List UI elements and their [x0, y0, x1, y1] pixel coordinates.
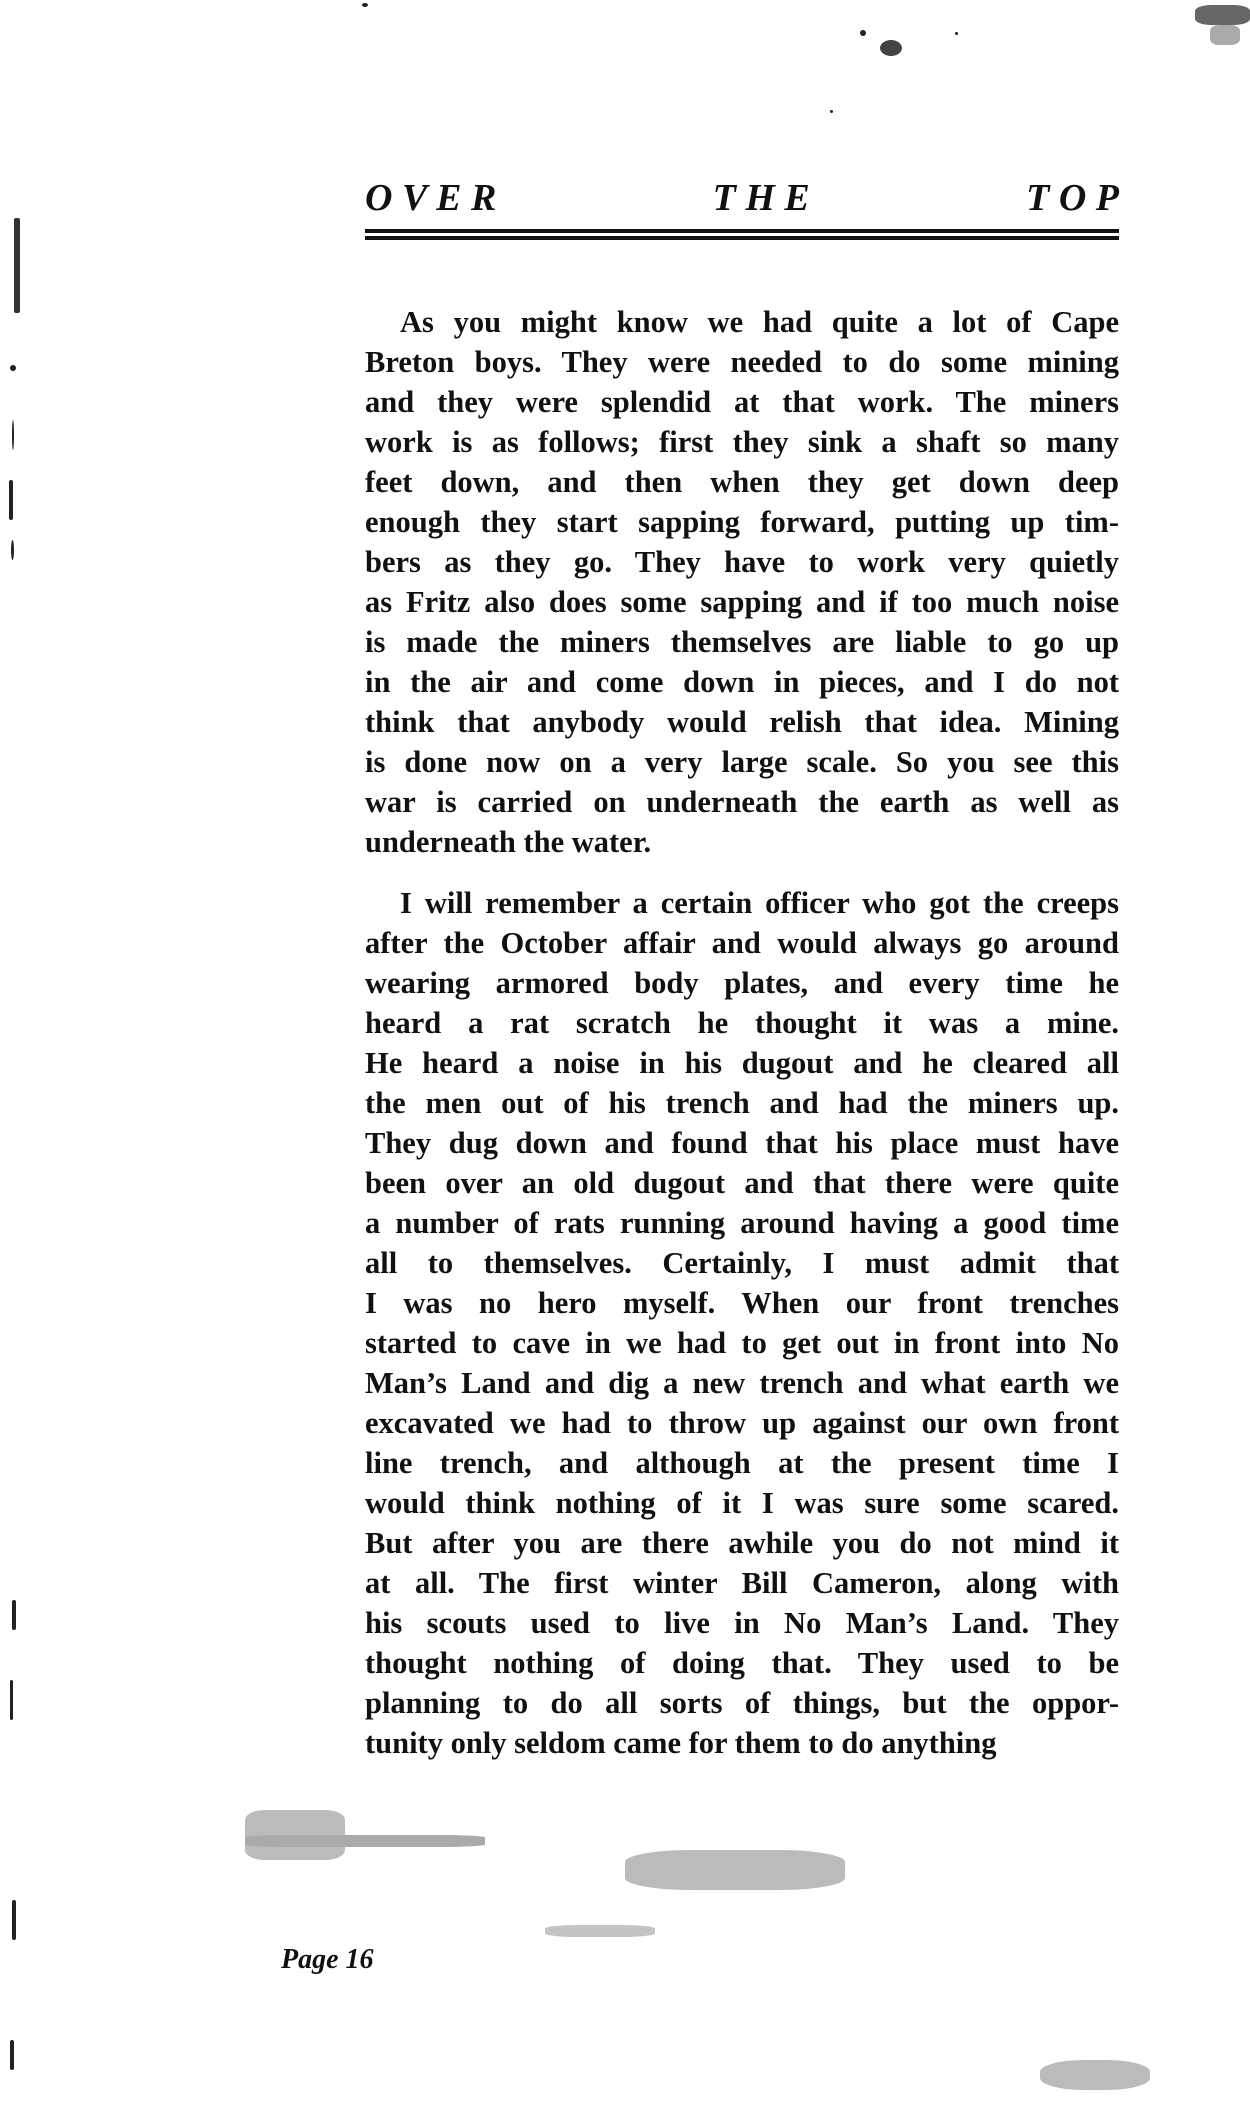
text-line: As you might know we had quite a lot of … — [365, 302, 1119, 342]
header-word-top: T O P — [1026, 178, 1119, 218]
text-line: in the air and come down in pieces, and … — [365, 662, 1119, 702]
text-line: after the October affair and would alway… — [365, 923, 1119, 963]
text-line: wearing armored body plates, and every t… — [365, 963, 1119, 1003]
text-line: think that anybody would relish that ide… — [365, 702, 1119, 742]
text-line: is done now on a very large scale. So yo… — [365, 742, 1119, 782]
text-line: at all. The first winter Bill Cameron, a… — [365, 1563, 1119, 1603]
paragraph: As you might know we had quite a lot of … — [365, 302, 1119, 862]
text-line: bers as they go. They have to work very … — [365, 542, 1119, 582]
text-line: and they were splendid at that work. The… — [365, 382, 1119, 422]
text-line: his scouts used to live in No Man’s Land… — [365, 1603, 1119, 1643]
text-line: war is carried on underneath the earth a… — [365, 782, 1119, 822]
header-word-over: O V E R — [365, 178, 496, 218]
text-line: started to cave in we had to get out in … — [365, 1323, 1119, 1363]
text-line: is made the miners themselves are liable… — [365, 622, 1119, 662]
text-line: enough they start sapping forward, putti… — [365, 502, 1119, 542]
text-line: I will remember a certain officer who go… — [365, 883, 1119, 923]
text-line: would think nothing of it I was sure som… — [365, 1483, 1119, 1523]
text-line: as Fritz also does some sapping and if t… — [365, 582, 1119, 622]
text-line: Breton boys. They were needed to do some… — [365, 342, 1119, 382]
text-line: work is as follows; first they sink a sh… — [365, 422, 1119, 462]
header-rule-bottom — [365, 236, 1119, 240]
text-line: tunity only seldom came for them to do a… — [365, 1723, 1119, 1763]
text-line: been over an old dugout and that there w… — [365, 1163, 1119, 1203]
paragraph: I will remember a certain officer who go… — [365, 883, 1119, 1763]
body-text: As you might know we had quite a lot of … — [365, 302, 1119, 1763]
text-line: excavated we had to throw up against our… — [365, 1403, 1119, 1443]
header-word-the: T H E — [713, 178, 810, 218]
text-line: I was no hero myself. When our front tre… — [365, 1283, 1119, 1323]
text-line: thought nothing of doing that. They used… — [365, 1643, 1119, 1683]
text-line: a number of rats running around having a… — [365, 1203, 1119, 1243]
book-page: O V E R T H E T O P As you might know we… — [0, 0, 1250, 2101]
scan-artifacts-bottom — [0, 1780, 1250, 2101]
text-line: the men out of his trench and had the mi… — [365, 1083, 1119, 1123]
page-number: Page 16 — [281, 1944, 374, 1976]
scan-artifacts-left-margin — [0, 0, 40, 2101]
text-line: planning to do all sorts of things, but … — [365, 1683, 1119, 1723]
text-line: He heard a noise in his dugout and he cl… — [365, 1043, 1119, 1083]
text-line: They dug down and found that his place m… — [365, 1123, 1119, 1163]
text-line: underneath the water. — [365, 822, 1119, 862]
text-line: heard a rat scratch he thought it was a … — [365, 1003, 1119, 1043]
text-line: line trench, and although at the present… — [365, 1443, 1119, 1483]
text-line: Man’s Land and dig a new trench and what… — [365, 1363, 1119, 1403]
text-line: all to themselves. Certainly, I must adm… — [365, 1243, 1119, 1283]
text-line: But after you are there awhile you do no… — [365, 1523, 1119, 1563]
text-line: feet down, and then when they get down d… — [365, 462, 1119, 502]
scan-artifacts-top — [0, 0, 1250, 140]
header-rule-top — [365, 229, 1119, 233]
header-double-rule — [365, 229, 1119, 240]
running-header: O V E R T H E T O P — [365, 178, 1119, 218]
